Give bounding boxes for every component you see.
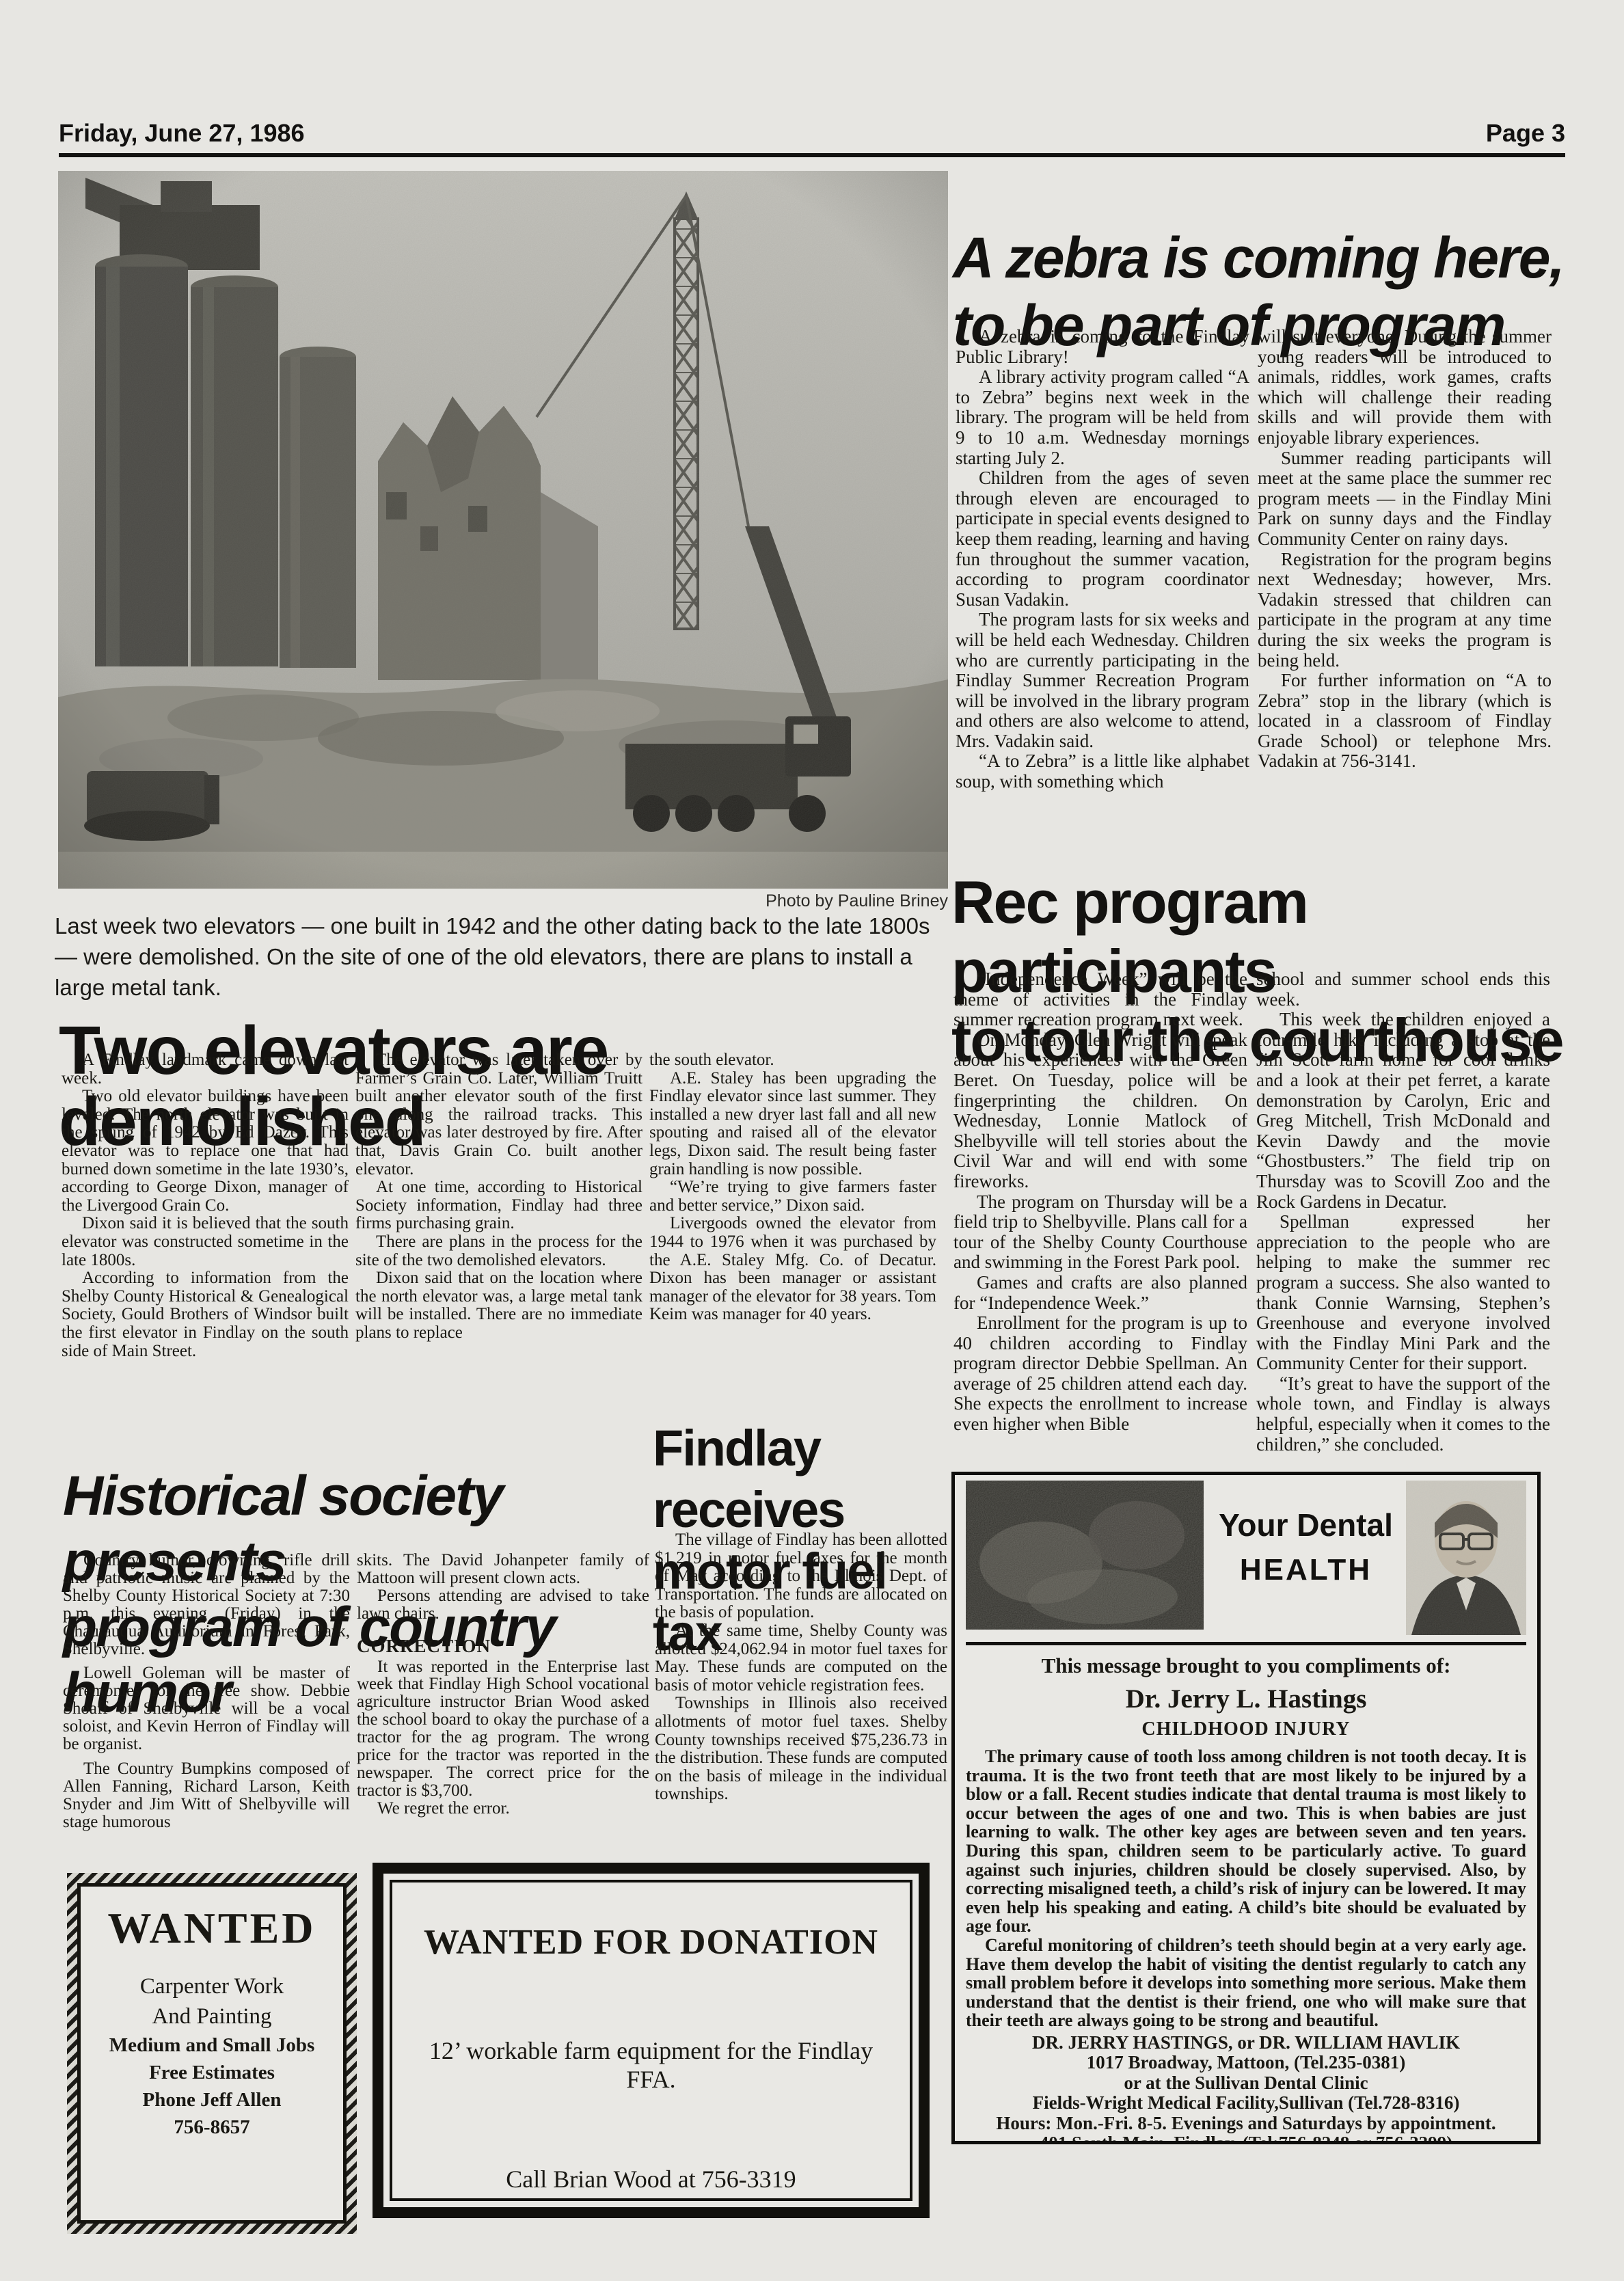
body-paragraph: “A to Zebra” is a little like alphabet s… [956,751,1249,792]
body-paragraph: Lowell Goleman will be master of ceremon… [63,1664,350,1753]
dental-ad-divider [966,1642,1526,1645]
body-paragraph: The primary cause of tooth loss among ch… [966,1747,1526,1936]
body-paragraph: will suit everyone. During the summer yo… [1258,327,1552,448]
wanted-ad-inner: WANTED Carpenter Work And Painting Mediu… [77,1883,347,2224]
body-paragraph: Dixon said that on the location where th… [355,1269,642,1342]
body-paragraph: Townships in Illinois also received allo… [655,1695,947,1804]
demolition-photo [58,171,948,889]
body-paragraph: Spellman expressed her appreciation to t… [1256,1212,1550,1374]
donation-ad-title: WANTED FOR DONATION [416,1922,887,1962]
contact-line: DR. JERRY HASTINGS, or DR. WILLIAM HAVLI… [966,2033,1526,2053]
body-paragraph: On Monday, Glen Wright will speak about … [953,1030,1247,1192]
dental-brand-line: Your Dental [1212,1507,1400,1543]
dentist-portrait [1406,1481,1526,1635]
body-paragraph: According to information from the Shelby… [62,1269,349,1360]
body-paragraph: At the same time, Shelby County was allo… [655,1622,947,1695]
wanted-ad-phone: 756-8657 [81,2114,343,2141]
body-paragraph: Country humor, clowning, rifle drill and… [63,1552,350,1658]
body-paragraph: Two old elevator buildings have been lev… [62,1088,349,1215]
body-paragraph: the south elevator. [649,1051,936,1070]
zebra-column-2: will suit everyone. During the summer yo… [1258,327,1552,836]
body-paragraph: Persons attending are advised to take la… [357,1587,649,1623]
donation-ad: WANTED FOR DONATION 12’ workable farm eq… [373,1863,930,2218]
photo-caption: Last week two elevators — one built in 1… [55,910,953,1003]
photo-illustration [58,171,948,889]
body-paragraph: Careful monitoring of children’s teeth s… [966,1936,1526,2030]
body-paragraph: The elevator was later taken over by Far… [355,1051,642,1178]
donation-ad-line: 12’ workable farm equipment for the Find… [416,2036,887,2094]
photo-credit: Photo by Pauline Briney [58,891,948,911]
historical-column-2: skits. The David Johanpeter family of Ma… [357,1552,649,1852]
dental-doctor-name: Dr. Jerry L. Hastings [966,1684,1526,1714]
dental-photo [966,1481,1204,1630]
contact-line: Fields-Wright Medical Facility,Sullivan … [966,2093,1526,2114]
correction-heading: CORRECTION [357,1638,649,1656]
wanted-ad-line: Carpenter Work [81,1971,343,2001]
contact-line: Hours: Mon.-Fri. 8-5. Evenings and Satur… [966,2114,1526,2134]
body-paragraph: skits. The David Johanpeter family of Ma… [357,1552,649,1587]
masthead: Friday, June 27, 1986 Page 3 [59,119,1565,148]
masthead-date: Friday, June 27, 1986 [59,119,305,148]
wanted-ad: WANTED Carpenter Work And Painting Mediu… [67,1873,357,2234]
body-paragraph: The program on Thursday will be a field … [953,1192,1247,1273]
wanted-ad-title: WANTED [81,1903,343,1954]
body-paragraph: There are plans in the process for the s… [355,1233,642,1269]
elevators-column-1: A Findlay landmark came down last week. … [62,1051,349,1420]
body-paragraph: The village of Findlay has been allotted… [655,1531,947,1622]
body-paragraph: Children from the ages of seven through … [956,468,1249,610]
dental-body: The primary cause of tooth loss among ch… [966,1747,1526,2030]
dental-ad-header: Your Dental HEALTH [966,1481,1526,1639]
body-paragraph: A Findlay landmark came down last week. [62,1051,349,1088]
contact-line: 1017 Broadway, Mattoon, (Tel.235-0381) [966,2053,1526,2073]
body-paragraph: The Country Bumpkins composed of Allen F… [63,1760,350,1831]
body-paragraph: This week the children enjoyed a four-mi… [1256,1010,1550,1212]
wanted-ad-line: Medium and Small Jobs [81,2032,343,2059]
wanted-ad-line: Phone Jeff Allen [81,2086,343,2114]
dental-contact-lines: DR. JERRY HASTINGS, or DR. WILLIAM HAVLI… [966,2033,1526,2144]
body-paragraph: Enrollment for the program is up to 40 c… [953,1313,1247,1435]
rec-column-2: school and summer school ends this week.… [1256,969,1550,1463]
body-paragraph: For further information on “A to Zebra” … [1258,671,1552,772]
body-paragraph: Games and crafts are also planned for “I… [953,1273,1247,1313]
donation-ad-inner: WANTED FOR DONATION 12’ workable farm eq… [390,1880,912,2201]
fuel-column-1: The village of Findlay has been allotted… [655,1531,947,1839]
body-paragraph: “We’re trying to give farmers faster and… [649,1178,936,1215]
masthead-page-number: Page 3 [1486,119,1565,148]
body-paragraph: A library activity program called “A to … [956,367,1249,468]
zebra-column-1: A zebra is coming to the Findlay Public … [956,327,1249,836]
body-paragraph: It was reported in the Enterprise last w… [357,1658,649,1800]
body-paragraph: Dixon said it is believed that the south… [62,1215,349,1269]
newspaper-page: Friday, June 27, 1986 Page 3 [0,0,1624,2281]
dental-brand-line: HEALTH [1212,1553,1400,1587]
body-paragraph: “Independence Week” will be the theme of… [953,969,1247,1030]
rec-column-1: “Independence Week” will be the theme of… [953,969,1247,1463]
donation-ad-phone-line: Call Brian Wood at 756-3319 [416,2165,887,2194]
body-paragraph: The program lasts for six weeks and will… [956,610,1249,751]
masthead-rule [59,153,1565,157]
contact-line: 401 South Main, Findlay, (Tel:756-8248 o… [966,2133,1526,2144]
dental-topic: CHILDHOOD INJURY [966,1718,1526,1740]
headline-line: A zebra is coming here, [953,224,1568,292]
elevators-column-2: The elevator was later taken over by Far… [355,1051,642,1420]
body-paragraph: We regret the error. [357,1800,649,1818]
body-paragraph: “It’s great to have the support of the w… [1256,1374,1550,1455]
dental-ad-brand: Your Dental HEALTH [1212,1507,1400,1587]
dental-compliments: This message brought to you compliments … [966,1654,1526,1678]
wanted-ad-line: And Painting [81,2001,343,2032]
headline-line: Findlay receives [653,1418,967,1541]
body-paragraph: A.E. Staley has been upgrading the Findl… [649,1070,936,1179]
dental-health-ad: Your Dental HEALTH This message brought … [951,1472,1541,2144]
body-paragraph: school and summer school ends this week. [1256,969,1550,1010]
body-paragraph: At one time, according to Historical Soc… [355,1178,642,1233]
wanted-ad-line: Free Estimates [81,2059,343,2086]
historical-column-1: Country humor, clowning, rifle drill and… [63,1552,350,1870]
elevators-column-3: the south elevator. A.E. Staley has been… [649,1051,936,1393]
contact-line: or at the Sullivan Dental Clinic [966,2073,1526,2094]
body-paragraph: A zebra is coming to the Findlay Public … [956,327,1249,367]
body-paragraph: Summer reading participants will meet at… [1258,448,1552,550]
body-paragraph: Livergoods owned the elevator from 1944 … [649,1215,936,1324]
body-paragraph: Registration for the program begins next… [1258,550,1552,671]
